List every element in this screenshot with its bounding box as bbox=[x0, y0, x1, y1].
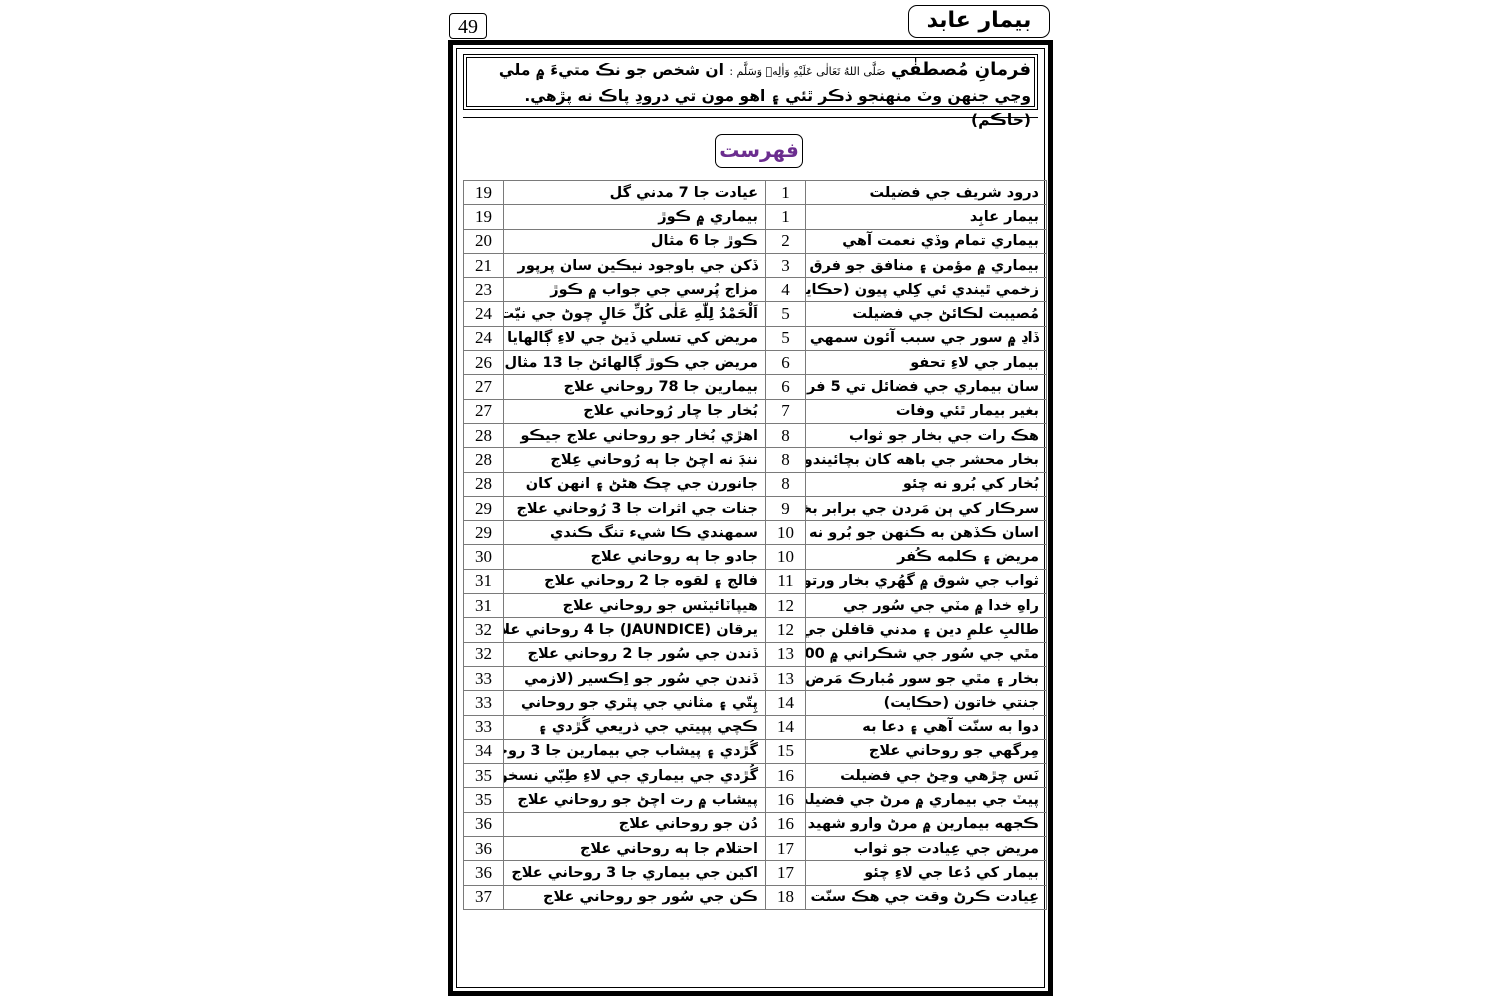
toc-entry-title: گُڙدي جي بيماري جي لاءِ طِبّي نسخو bbox=[504, 764, 766, 788]
toc-entry-title: سمهندي ڪا شيء تنگ ڪندي bbox=[504, 521, 766, 545]
toc-page-number: 6 bbox=[766, 351, 806, 375]
toc-page-number: 11 bbox=[766, 569, 806, 593]
toc-entry-title: اکين جي بيماري جا 3 روحاني علاج bbox=[504, 861, 766, 885]
toc-row: 29سمهندي ڪا شيء تنگ ڪندي10اسان ڪڏهن به ڪ… bbox=[464, 521, 1047, 545]
toc-entry-title: مٿي جي سُور جي شڪراني ۾ 400 bbox=[806, 642, 1047, 666]
toc-entry-title: اهڙي بُخار جو روحاني علاج جيڪو bbox=[504, 423, 766, 447]
toc-entry-title: ڪوڙ جا 6 مثال bbox=[504, 229, 766, 253]
toc-entry-title: مريض کي تسلي ڏيڻ جي لاءِ ڳالهايا bbox=[504, 326, 766, 350]
toc-page-number: 16 bbox=[766, 764, 806, 788]
toc-page-number: 33 bbox=[464, 666, 504, 690]
toc-entry-title: عيادت جا 7 مدني گل bbox=[504, 181, 766, 205]
toc-row: 28ننڊَ نه اچڻ جا ٻه رُوحاني عِلاج8بخار م… bbox=[464, 448, 1047, 472]
toc-row: 36احتلام جا ٻه روحاني علاج17مريض جي عِيا… bbox=[464, 837, 1047, 861]
section-divider bbox=[463, 117, 1038, 118]
toc-entry-title: بيمار عابِد bbox=[806, 205, 1047, 229]
toc-row: 28جانورن جي چڪ هڻڻ ۽ انهن کان8بُخار کي ب… bbox=[464, 472, 1047, 496]
toc-page-number: 30 bbox=[464, 545, 504, 569]
book-title: بيمار عابد bbox=[908, 5, 1050, 38]
toc-page-number: 36 bbox=[464, 812, 504, 836]
toc-entry-title: مِرگهي جو روحاني علاج bbox=[806, 739, 1047, 763]
toc-entry-title: ننڊَ نه اچڻ جا ٻه رُوحاني عِلاج bbox=[504, 448, 766, 472]
toc-page-number: 8 bbox=[766, 423, 806, 447]
toc-entry-title: زخمي ٿيندي ئي کِلي پيون (حڪايت) bbox=[806, 278, 1047, 302]
toc-page-number: 36 bbox=[464, 861, 504, 885]
toc-row: 23مزاج پُرسي جي جواب ۾ ڪوڙ4زخمي ٿيندي ئي… bbox=[464, 278, 1047, 302]
toc-entry-title: ڏکن جي باوجود نيڪين سان پرپور bbox=[504, 253, 766, 277]
toc-row: 27بُخار جا چار رُوحاني علاج7بغير بيمار ٿ… bbox=[464, 399, 1047, 423]
toc-page-number: 2 bbox=[766, 229, 806, 253]
toc-entry-title: مريض ۽ ڪلمه ڪُفر bbox=[806, 545, 1047, 569]
toc-page-number: 31 bbox=[464, 594, 504, 618]
toc-entry-title: احتلام جا ٻه روحاني علاج bbox=[504, 837, 766, 861]
toc-page-number: 8 bbox=[766, 448, 806, 472]
toc-page-number: 14 bbox=[766, 715, 806, 739]
toc-entry-title: اَلْحَمْدُ لِلّٰهِ عَلٰی كُلِّ حَالٍ چوڻ… bbox=[504, 302, 766, 326]
toc-entry-title: نَس چڙهي وڃڻ جي فضيلت bbox=[806, 764, 1047, 788]
hadith-text: فرمانِ مُصطفٰي صَلَّی اللهُ تَعَالٰی عَل… bbox=[468, 58, 1031, 132]
toc-row: 31هيپاٽائيٽس جو روحاني علاج12راهِ خدا ۾ … bbox=[464, 594, 1047, 618]
toc-page-number: 24 bbox=[464, 302, 504, 326]
toc-entry-title: هڪ رات جي بخار جو ثواب bbox=[806, 423, 1047, 447]
toc-page-number: 5 bbox=[766, 302, 806, 326]
toc-entry-title: بخار ۽ مٿي جو سور مُبارڪ مَرض آهن bbox=[806, 666, 1047, 690]
toc-row: 32ڏندن جي سُور جا 2 روحاني علاج13مٿي جي … bbox=[464, 642, 1047, 666]
toc-page-number: 3 bbox=[766, 253, 806, 277]
toc-page-number: 37 bbox=[464, 885, 504, 909]
toc-row: 33ڏندن جي سُور جو اِڪسير (لازمي13بخار ۽ … bbox=[464, 666, 1047, 690]
toc-table: 19عيادت جا 7 مدني گل1درود شريف جي فضيلت1… bbox=[463, 180, 1047, 910]
toc-row: 19عيادت جا 7 مدني گل1درود شريف جي فضيلت bbox=[464, 181, 1047, 205]
page-number: 49 bbox=[449, 13, 487, 39]
toc-entry-title: ڏاڍ ۾ سور جي سبب آئون سمهي نه bbox=[806, 326, 1047, 350]
toc-entry-title: طالبِ علمِ دين ۽ مدني قافلن جي bbox=[806, 618, 1047, 642]
toc-page-number: 19 bbox=[464, 205, 504, 229]
toc-row: 28اهڙي بُخار جو روحاني علاج جيڪو8هڪ رات … bbox=[464, 423, 1047, 447]
toc-entry-title: يرقان (JAUNDICE) جا 4 روحاني علاج bbox=[504, 618, 766, 642]
toc-page-number: 13 bbox=[766, 642, 806, 666]
toc-row: 31فالج ۽ لقوه جا 2 روحاني علاج11ثواب جي … bbox=[464, 569, 1047, 593]
toc-page-number: 9 bbox=[766, 496, 806, 520]
toc-row: 29جنات جي اثرات جا 3 رُوحاني علاج9سرڪار … bbox=[464, 496, 1047, 520]
toc-page-number: 27 bbox=[464, 375, 504, 399]
toc-entry-title: بُخار کي بُرو نه چئو bbox=[806, 472, 1047, 496]
toc-entry-title: راهِ خدا ۾ مٽي جي سُور جي bbox=[806, 594, 1047, 618]
toc-entry-title: مُصيبت لڪائڻ جي فضيلت bbox=[806, 302, 1047, 326]
hadith-box: فرمانِ مُصطفٰي صَلَّی اللهُ تَعَالٰی عَل… bbox=[463, 54, 1038, 110]
toc-page-number: 10 bbox=[766, 545, 806, 569]
toc-entry-title: ڪن جي سُور جو روحاني علاج bbox=[504, 885, 766, 909]
toc-page-number: 28 bbox=[464, 472, 504, 496]
toc-entry-title: ڪچي پپيتي جي ذريعي گُڙدي ۽ bbox=[504, 715, 766, 739]
toc-page-number: 14 bbox=[766, 691, 806, 715]
toc-entry-title: مريض جي عِيادت جو ثواب bbox=[806, 837, 1047, 861]
toc-page-number: 6 bbox=[766, 375, 806, 399]
page-frame: فرمانِ مُصطفٰي صَلَّی اللهُ تَعَالٰی عَل… bbox=[448, 40, 1053, 996]
toc-page-number: 10 bbox=[766, 521, 806, 545]
toc-entry-title: گُڙدي ۽ پيشاب جي بيمارين جا 3 روحاني bbox=[504, 739, 766, 763]
toc-page-number: 1 bbox=[766, 181, 806, 205]
toc-page-number: 26 bbox=[464, 351, 504, 375]
toc-entry-title: ثواب جي شوق ۾ گهُري بخار ورتو bbox=[806, 569, 1047, 593]
toc-row: 20ڪوڙ جا 6 مثال2بيماري تمام وڏي نعمت آهي bbox=[464, 229, 1047, 253]
toc-page-number: 32 bbox=[464, 642, 504, 666]
toc-entry-title: جانورن جي چڪ هڻڻ ۽ انهن کان bbox=[504, 472, 766, 496]
toc-row: 36دُن جو روحاني علاج16ڪجهه بيمارين ۾ مرڻ… bbox=[464, 812, 1047, 836]
toc-row: 33پِتّي ۽ مثاني جي پٿري جو روحاني14جنتي … bbox=[464, 691, 1047, 715]
toc-entry-title: عِيادت ڪرڻ وقت جي هڪ سنّت bbox=[806, 885, 1047, 909]
toc-page-number: 33 bbox=[464, 691, 504, 715]
toc-row: 24مريض کي تسلي ڏيڻ جي لاءِ ڳالهايا5ڏاڍ ۾… bbox=[464, 326, 1047, 350]
toc-entry-title: جنتي خاتون (حڪايت) bbox=[806, 691, 1047, 715]
toc-page-number: 7 bbox=[766, 399, 806, 423]
toc-page-number: 21 bbox=[464, 253, 504, 277]
toc-entry-title: پيشاب ۾ رت اچڻ جو روحاني علاج bbox=[504, 788, 766, 812]
toc-page-number: 20 bbox=[464, 229, 504, 253]
toc-page-number: 28 bbox=[464, 448, 504, 472]
toc-row: 35پيشاب ۾ رت اچڻ جو روحاني علاج16پيٽ جي … bbox=[464, 788, 1047, 812]
toc-entry-title: بخار محشر جي باهه کان بچائيندو bbox=[806, 448, 1047, 472]
toc-row: 26مريض جي ڪوڙ ڳالهائڻ جا 13 مثال6بيمار ج… bbox=[464, 351, 1047, 375]
toc-page-number: 4 bbox=[766, 278, 806, 302]
toc-entry-title: سان بيماري جي فضائل تي 5 فرمانِ bbox=[806, 375, 1047, 399]
toc-page-number: 36 bbox=[464, 837, 504, 861]
toc-entry-title: بيمارين جا 78 روحاني علاج bbox=[504, 375, 766, 399]
toc-row: 32يرقان (JAUNDICE) جا 4 روحاني علاج12طال… bbox=[464, 618, 1047, 642]
toc-page-number: 13 bbox=[766, 666, 806, 690]
toc-entry-title: دُن جو روحاني علاج bbox=[504, 812, 766, 836]
salutation-text: صَلَّی اللهُ تَعَالٰی عَلَيْهِ وَاٰلِهٖ … bbox=[729, 65, 885, 78]
toc-page-number: 12 bbox=[766, 618, 806, 642]
toc-page-number: 23 bbox=[464, 278, 504, 302]
toc-page-number: 18 bbox=[766, 885, 806, 909]
toc-entry-title: بيماري ۾ ڪوڙ bbox=[504, 205, 766, 229]
toc-entry-title: درود شريف جي فضيلت bbox=[806, 181, 1047, 205]
toc-entry-title: بيماري ۾ مؤمن ۽ منافق جو فرق bbox=[806, 253, 1047, 277]
toc-page-number: 35 bbox=[464, 764, 504, 788]
toc-entry-title: ڏندن جي سُور جو اِڪسير (لازمي bbox=[504, 666, 766, 690]
toc-page-number: 32 bbox=[464, 618, 504, 642]
toc-entry-title: بُخار جا چار رُوحاني علاج bbox=[504, 399, 766, 423]
toc-page-number: 33 bbox=[464, 715, 504, 739]
toc-heading: فهرست bbox=[715, 134, 803, 168]
toc-page-number: 16 bbox=[766, 788, 806, 812]
toc-page-number: 29 bbox=[464, 496, 504, 520]
toc-page-number: 34 bbox=[464, 739, 504, 763]
toc-row: 37ڪن جي سُور جو روحاني علاج18عِيادت ڪرڻ … bbox=[464, 885, 1047, 909]
toc-entry-title: پِتّي ۽ مثاني جي پٿري جو روحاني bbox=[504, 691, 766, 715]
toc-entry-title: بيمار کي دُعا جي لاءِ چئو bbox=[806, 861, 1047, 885]
toc-entry-title: پيٽ جي بيماري ۾ مرڻ جي فضيلت bbox=[806, 788, 1047, 812]
toc-row: 21ڏکن جي باوجود نيڪين سان پرپور3بيماري ۾… bbox=[464, 253, 1047, 277]
toc-entry-title: بيماري تمام وڏي نعمت آهي bbox=[806, 229, 1047, 253]
toc-entry-title: سرڪار کي ٻن مَردن جي برابر بخار bbox=[806, 496, 1047, 520]
toc-entry-title: بغير بيمار ٿئي وفات bbox=[806, 399, 1047, 423]
toc-entry-title: جنات جي اثرات جا 3 رُوحاني علاج bbox=[504, 496, 766, 520]
toc-page-number: 8 bbox=[766, 472, 806, 496]
toc-page-number: 16 bbox=[766, 812, 806, 836]
toc-entry-title: جادو جا ٻه روحاني علاج bbox=[504, 545, 766, 569]
toc-page-number: 12 bbox=[766, 594, 806, 618]
toc-page-number: 15 bbox=[766, 739, 806, 763]
toc-row: 35گُڙدي جي بيماري جي لاءِ طِبّي نسخو16نَ… bbox=[464, 764, 1047, 788]
toc-row: 27بيمارين جا 78 روحاني علاج6سان بيماري ج… bbox=[464, 375, 1047, 399]
page-frame-inner: فرمانِ مُصطفٰي صَلَّی اللهُ تَعَالٰی عَل… bbox=[456, 48, 1045, 988]
toc-entry-title: هيپاٽائيٽس جو روحاني علاج bbox=[504, 594, 766, 618]
toc-page-number: 5 bbox=[766, 326, 806, 350]
toc-entry-title: فالج ۽ لقوه جا 2 روحاني علاج bbox=[504, 569, 766, 593]
toc-entry-title: ڏندن جي سُور جا 2 روحاني علاج bbox=[504, 642, 766, 666]
hadith-lead: فرمانِ مُصطفٰي bbox=[891, 59, 1031, 80]
toc-page-number: 28 bbox=[464, 423, 504, 447]
toc-row: 33ڪچي پپيتي جي ذريعي گُڙدي ۽14دوا به سنّ… bbox=[464, 715, 1047, 739]
toc-entry-title: بيمار جي لاءِ تحفو bbox=[806, 351, 1047, 375]
toc-entry-title: اسان ڪڏهن به ڪنهن جو بُرو نه bbox=[806, 521, 1047, 545]
toc-row: 30جادو جا ٻه روحاني علاج10مريض ۽ ڪلمه ڪُ… bbox=[464, 545, 1047, 569]
toc-entry-title: مزاج پُرسي جي جواب ۾ ڪوڙ bbox=[504, 278, 766, 302]
toc-page-number: 27 bbox=[464, 399, 504, 423]
toc-page-number: 17 bbox=[766, 861, 806, 885]
toc-row: 36اکين جي بيماري جا 3 روحاني علاج17بيمار… bbox=[464, 861, 1047, 885]
toc-row: 24اَلْحَمْدُ لِلّٰهِ عَلٰی كُلِّ حَالٍ چ… bbox=[464, 302, 1047, 326]
toc-page-number: 24 bbox=[464, 326, 504, 350]
toc-row: 34گُڙدي ۽ پيشاب جي بيمارين جا 3 روحاني15… bbox=[464, 739, 1047, 763]
toc-page-number: 35 bbox=[464, 788, 504, 812]
toc-page-number: 31 bbox=[464, 569, 504, 593]
toc-page-number: 19 bbox=[464, 181, 504, 205]
toc-row: 19بيماري ۾ ڪوڙ1بيمار عابِد bbox=[464, 205, 1047, 229]
toc-page-number: 17 bbox=[766, 837, 806, 861]
toc-entry-title: مريض جي ڪوڙ ڳالهائڻ جا 13 مثال bbox=[504, 351, 766, 375]
toc-entry-title: ڪجهه بيمارين ۾ مرڻ وارو شهيد bbox=[806, 812, 1047, 836]
toc-page-number: 1 bbox=[766, 205, 806, 229]
toc-entry-title: دوا به سنّت آهي ۽ دعا به bbox=[806, 715, 1047, 739]
toc-page-number: 29 bbox=[464, 521, 504, 545]
